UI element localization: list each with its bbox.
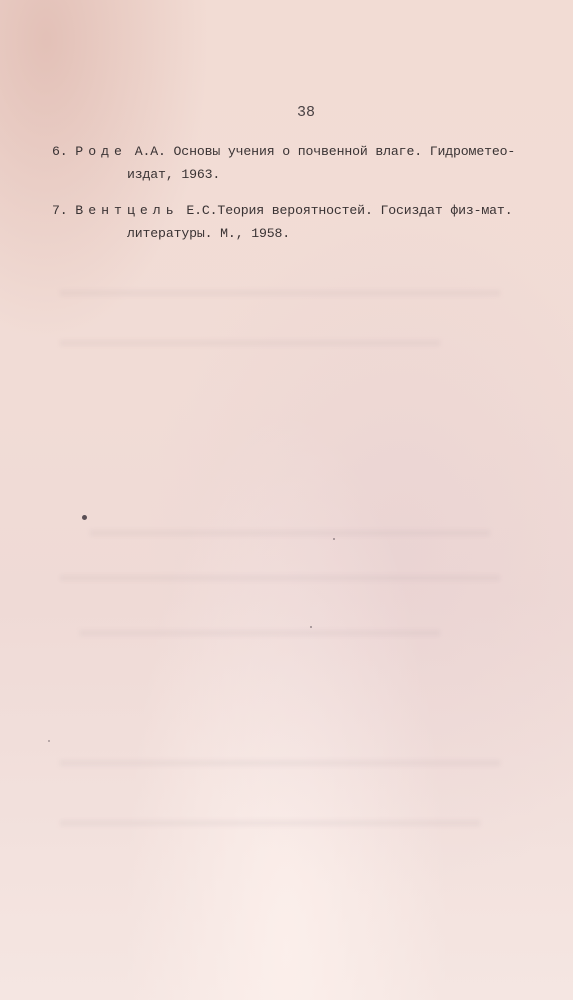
reference-text: А.А. Основы учения о почвенной влаге. Ги… — [127, 144, 515, 159]
reference-author: Роде — [75, 144, 127, 159]
bleed-through-shade — [60, 760, 500, 766]
reference-number: 7. — [52, 203, 68, 218]
reference-continuation: издат, 1963. — [52, 163, 572, 186]
document-page: 38 6. Роде А.А. Основы учения о почвенно… — [0, 0, 573, 1000]
ink-speck — [48, 740, 50, 742]
bleed-through-shade — [60, 290, 500, 296]
ink-speck — [82, 515, 87, 520]
reference-item-7: 7. Вентцель Е.С.Теория вероятностей. Гос… — [52, 199, 572, 245]
page-number: 38 — [297, 104, 315, 121]
ink-speck — [333, 538, 335, 540]
bleed-through-shade — [90, 530, 490, 536]
reference-continuation: литературы. М., 1958. — [52, 222, 572, 245]
bleed-through-shade — [60, 340, 440, 346]
bleed-through-shade — [80, 630, 440, 636]
reference-text: Е.С.Теория вероятностей. Госиздат физ-ма… — [179, 203, 513, 218]
reference-number: 6. — [52, 144, 68, 159]
ink-speck — [310, 626, 312, 628]
bleed-through-shade — [60, 820, 480, 826]
reference-author: Вентцель — [75, 203, 178, 218]
bleed-through-shade — [60, 575, 500, 581]
reference-item-6: 6. Роде А.А. Основы учения о почвенной в… — [52, 140, 572, 186]
